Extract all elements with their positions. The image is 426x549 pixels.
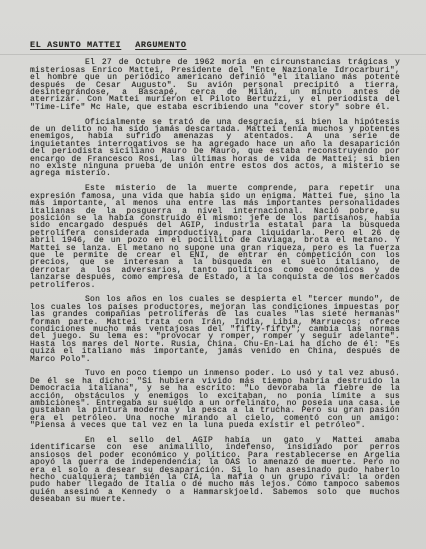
document-subtitle: ARGUMENTO: [135, 42, 186, 49]
scan-artifact-line: [0, 54, 426, 55]
body-paragraph: En el sello del AGIP había un gato y Mat…: [30, 437, 400, 504]
body-paragraph: Oficialmente se trató de una desgracia, …: [30, 119, 400, 178]
scanned-document-page: EL ASUNTO MATTEI ARGUMENTO El 27 de Octu…: [0, 0, 426, 549]
body-paragraph: Este misterio de la muerte comprende, pa…: [30, 185, 400, 289]
document-title: EL ASUNTO MATTEI: [30, 42, 121, 49]
document-header: EL ASUNTO MATTEI ARGUMENTO: [30, 42, 400, 49]
body-paragraph: Tuvo en poco tiempo un inmenso poder. Lo…: [30, 370, 400, 429]
body-paragraph: Son los años en los cuales se despierta …: [30, 296, 400, 363]
body-paragraph: El 27 de Octubre de 1962 moría en circun…: [30, 59, 400, 111]
